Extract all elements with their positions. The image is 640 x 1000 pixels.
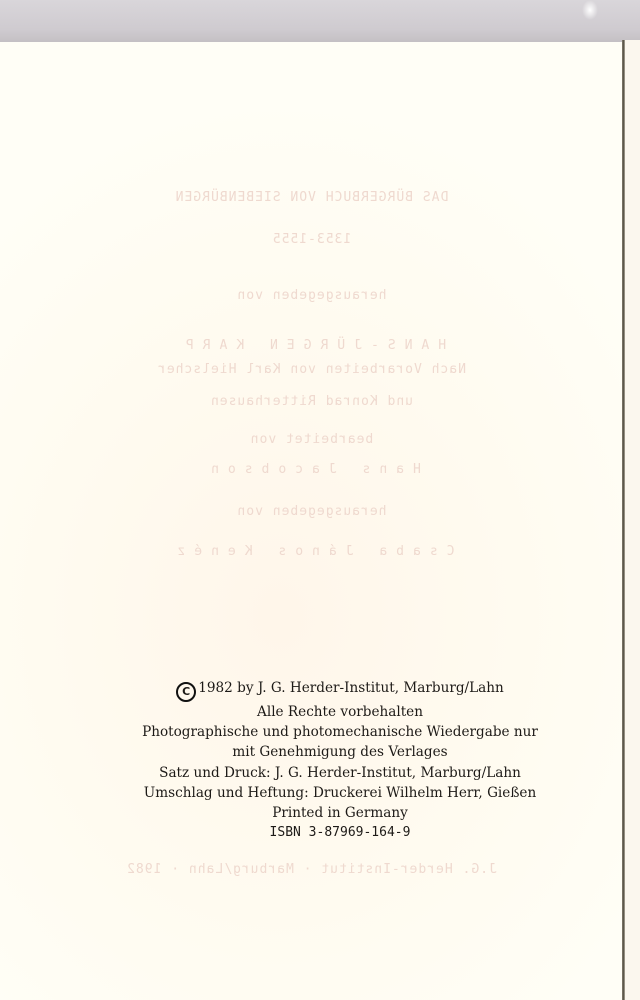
bleed-through-line: und Konrad Ritterhausen — [0, 394, 623, 409]
bleed-through-line: 1353-1555 — [0, 232, 623, 247]
book-page: DAS BÜRGERBUCH VON SIEBENBÜRGEN1353-1555… — [0, 42, 623, 1000]
bleed-through-line: Nach Vorarbeiten von Karl Hielscher — [0, 362, 623, 377]
isbn-line: ISBN 3-87969-164-9 — [140, 823, 540, 843]
reproduction-line-2: mit Genehmigung des Verlages — [140, 742, 540, 762]
bleed-through-line: DAS BÜRGERBUCH VON SIEBENBÜRGEN — [0, 190, 623, 205]
rights-line: Alle Rechte vorbehalten — [140, 702, 540, 722]
printed-in-line: Printed in Germany — [140, 803, 540, 823]
bleed-through-line: Csaba János Kenéz — [0, 544, 623, 559]
bleed-through-line: J.G. Herder-Institut · Marburg/Lahn · 19… — [0, 862, 623, 877]
imprint-block: C1982 by J. G. Herder-Institut, Marburg/… — [140, 678, 540, 843]
light-glare — [582, 0, 598, 20]
scanner-background — [0, 0, 640, 42]
bleed-through-line: herausgegeben von — [0, 504, 623, 519]
bleed-through-line: Hans Jacobson — [0, 462, 623, 477]
copyright-text: 1982 by J. G. Herder-Institut, Marburg/L… — [198, 680, 504, 696]
binding-line: Umschlag und Heftung: Druckerei Wilhelm … — [140, 783, 540, 803]
adjacent-page-edge — [625, 40, 640, 1000]
typesetting-line: Satz und Druck: J. G. Herder-Institut, M… — [140, 763, 540, 783]
bleed-through-line: bearbeitet von — [0, 432, 623, 447]
bleed-through-line: herausgegeben von — [0, 288, 623, 303]
copyright-line: C1982 by J. G. Herder-Institut, Marburg/… — [140, 678, 540, 702]
bleed-through-line: HANS-JÜRGEN KARP — [0, 338, 623, 353]
reproduction-line-1: Photographische und photomechanische Wie… — [140, 722, 540, 742]
copyright-icon: C — [176, 682, 196, 702]
